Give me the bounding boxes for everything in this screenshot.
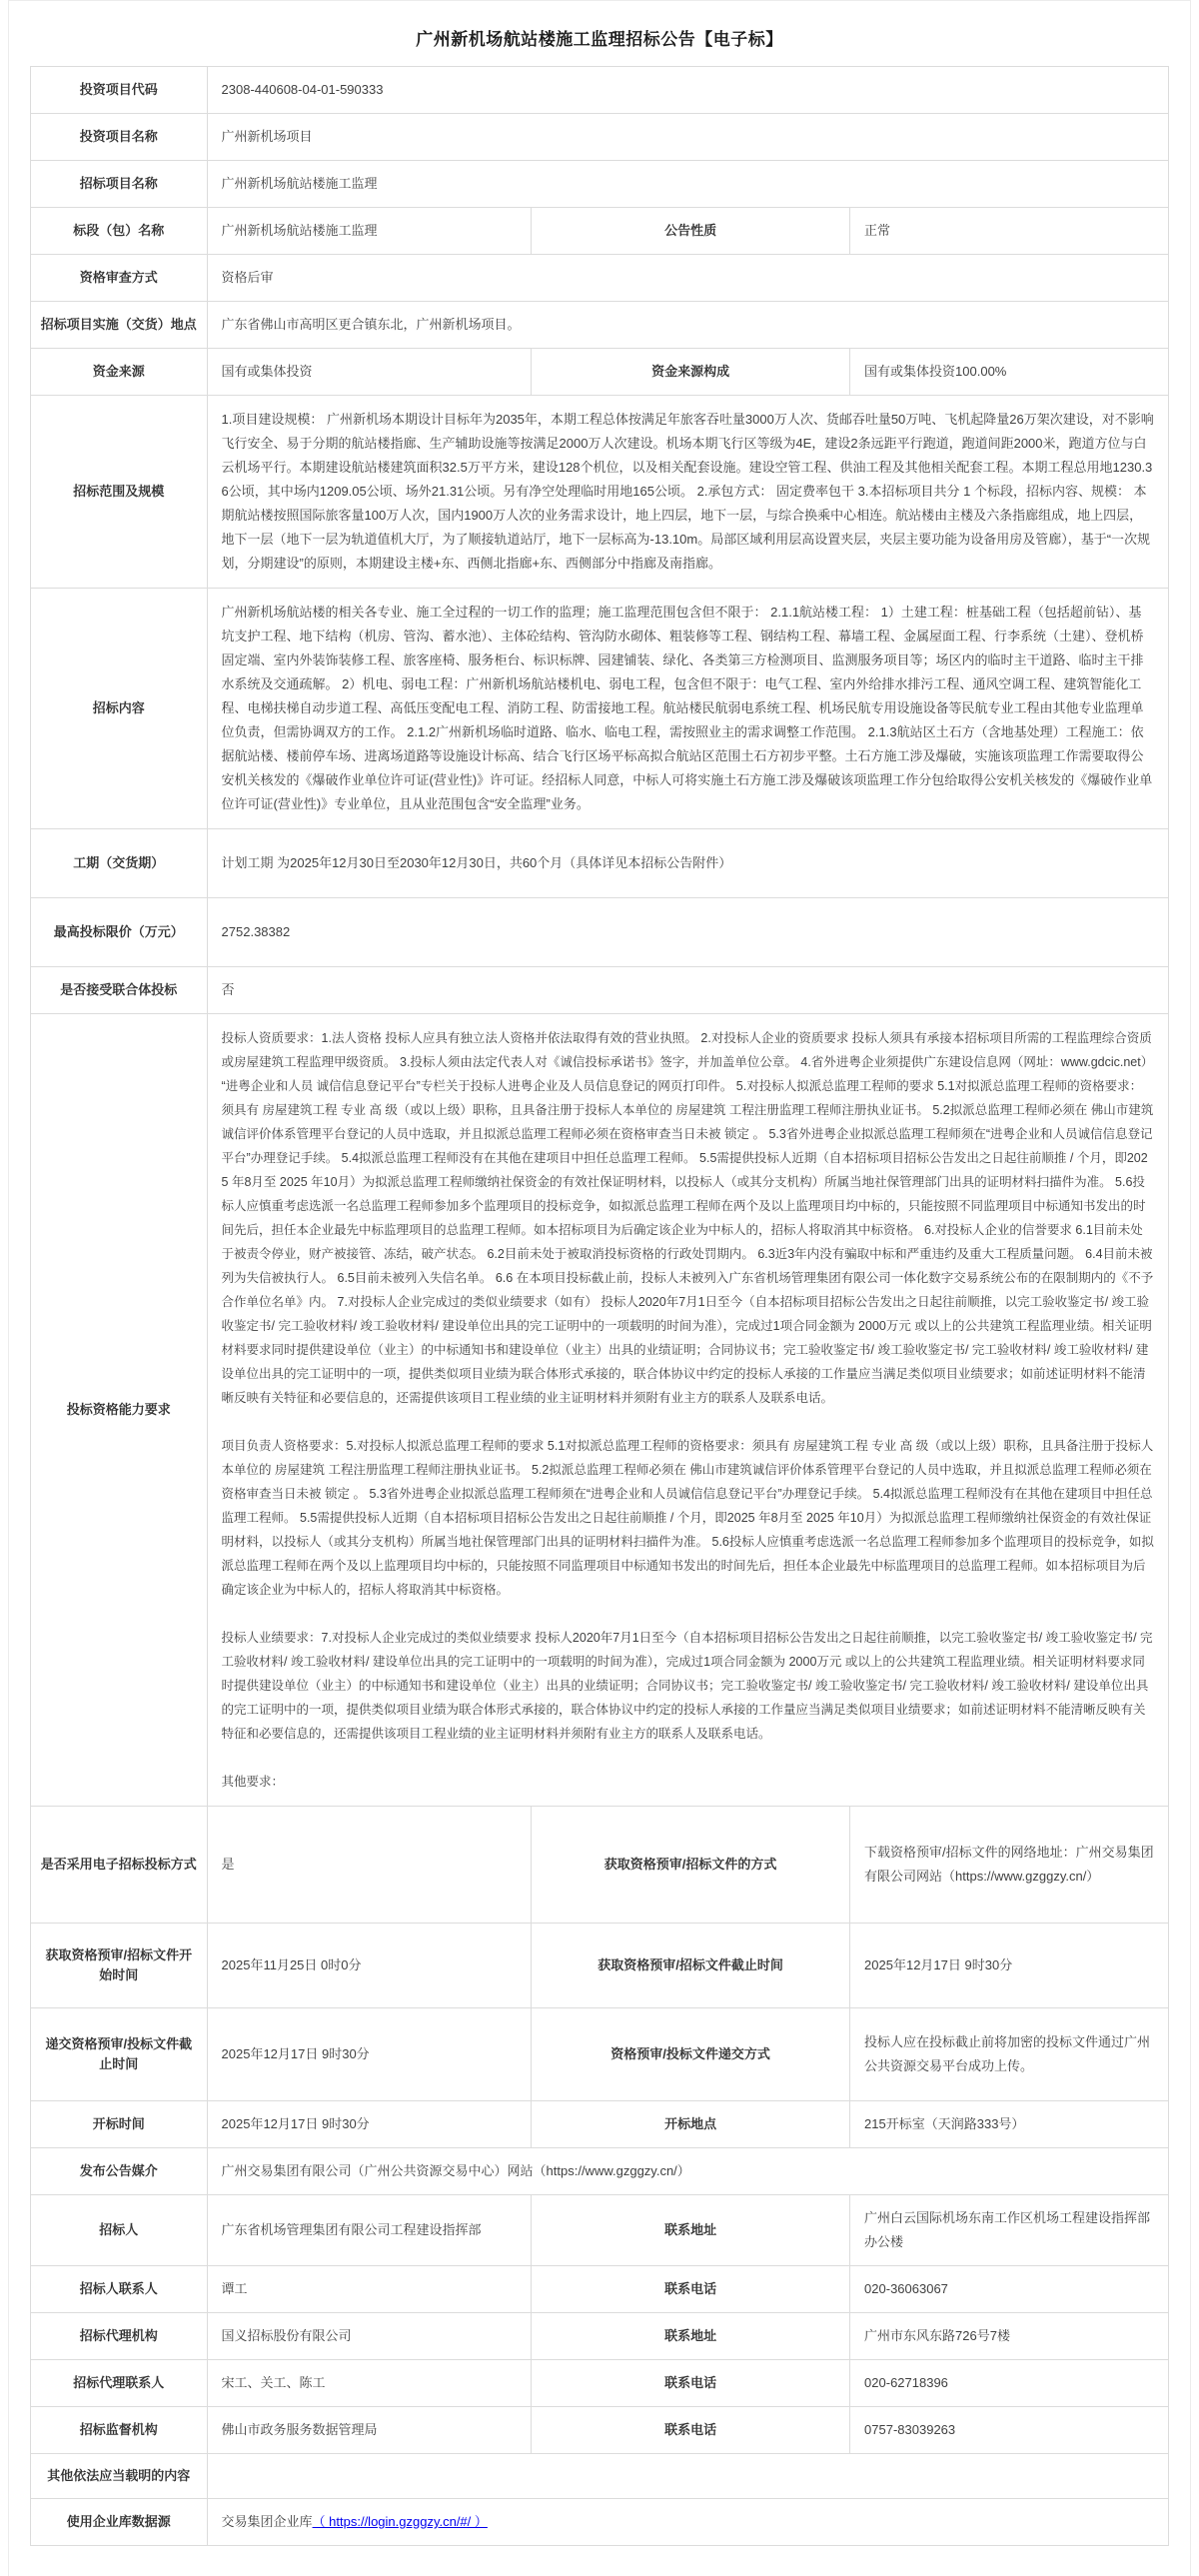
row-section-package-name: 标段（包）名称广州新机场航站楼施工监理公告性质正常 [31,208,1169,255]
qualification-review-method-label: 资格审查方式 [31,255,208,302]
enterprise-db-source-value: 交易集团企业库（ https://login.gzggzy.cn/#/ ） [207,2499,1168,2546]
enterprise-db-source-label: 使用企业库数据源 [31,2499,208,2546]
row-supervision-authority: 招标监督机构佛山市政务服务数据管理局联系电话0757-83039263 [31,2407,1169,2454]
document-submit-deadline-value: 2025年12月17日 9时30分 [207,2008,532,2101]
agency-contact-label: 招标代理联系人 [31,2360,208,2407]
document-obtain-time-value: 2025年11月25日 0时0分 [207,1924,532,2008]
qualification-paragraph: 项目负责人资格要求：5.对投标人拟派总监理工程师的要求 5.1对拟派总监理工程师… [222,1434,1154,1602]
row-qualification-review-method: 资格审查方式资格后审 [31,255,1169,302]
row-enterprise-db-source: 使用企业库数据源交易集团企业库（ https://login.gzggzy.cn… [31,2499,1169,2546]
bid-opening-label: 开标时间 [31,2101,208,2148]
document-obtain-time-value-2: 2025年12月17日 9时30分 [850,1924,1169,2008]
tender-project-name-value: 广州新机场航站楼施工监理 [207,161,1168,208]
row-tenderer: 招标人广东省机场管理集团有限公司工程建设指挥部联系地址广州白云国际机场东南工作区… [31,2195,1169,2266]
row-announcement-media: 发布公告媒介广州交易集团有限公司（广州公共资源交易中心）网站（https://w… [31,2148,1169,2195]
supervision-authority-value: 佛山市政务服务数据管理局 [207,2407,532,2454]
project-code-value: 2308-440608-04-01-590333 [207,67,1168,114]
row-document-submit-deadline: 递交资格预审/投标文件截止时间2025年12月17日 9时30分资格预审/投标文… [31,2008,1169,2101]
tender-agency-label: 招标代理机构 [31,2313,208,2360]
electronic-bidding-label-2: 获取资格预审/招标文件的方式 [532,1807,850,1924]
tender-content-label: 招标内容 [31,589,208,829]
section-package-name-label: 标段（包）名称 [31,208,208,255]
announcement-media-value: 广州交易集团有限公司（广州公共资源交易中心）网站（https://www.gzg… [207,2148,1168,2195]
row-consortium-bid-accepted: 是否接受联合体投标否 [31,967,1169,1014]
tenderer-contact-value: 谭工 [207,2266,532,2313]
supervision-authority-label-2: 联系电话 [532,2407,850,2454]
row-electronic-bidding: 是否采用电子招标投标方式是获取资格预审/招标文件的方式下载资格预审/招标文件的网… [31,1807,1169,1924]
row-tender-project-name: 招标项目名称广州新机场航站楼施工监理 [31,161,1169,208]
bid-opening-value-2: 215开标室（天润路333号） [850,2101,1169,2148]
enterprise-db-text: 交易集团企业库 [222,2514,313,2529]
row-document-obtain-time: 获取资格预审/招标文件开始时间2025年11月25日 0时0分获取资格预审/招标… [31,1924,1169,2008]
agency-contact-value: 宋工、关工、陈工 [207,2360,532,2407]
tenderer-contact-value-2: 020-36063067 [850,2266,1169,2313]
electronic-bidding-label: 是否采用电子招标投标方式 [31,1807,208,1924]
fund-source-value-2: 国有或集体投资100.00% [850,349,1169,396]
announcement-table: 投资项目代码2308-440608-04-01-590333投资项目名称广州新机… [30,66,1169,2546]
row-tenderer-contact: 招标人联系人谭工联系电话020-36063067 [31,2266,1169,2313]
document-submit-deadline-label: 递交资格预审/投标文件截止时间 [31,2008,208,2101]
tender-scope-scale-label: 招标范围及规模 [31,396,208,589]
supervision-authority-value-2: 0757-83039263 [850,2407,1169,2454]
max-bid-price-label: 最高投标限价（万元） [31,898,208,967]
document-submit-deadline-value-2: 投标人应在投标截止前将加密的投标文件通过广州公共资源交易平台成功上传。 [850,2008,1169,2101]
row-bid-opening: 开标时间2025年12月17日 9时30分开标地点215开标室（天润路333号） [31,2101,1169,2148]
construction-period-value: 计划工期 为2025年12月30日至2030年12月30日，共60个月（具体详见… [207,829,1168,898]
tender-agency-value: 国义招标股份有限公司 [207,2313,532,2360]
project-name-label: 投资项目名称 [31,114,208,161]
bidder-qualification-requirements-value: 投标人资质要求：1.法人资格 投标人应具有独立法人资格并依法取得有效的营业执照。… [207,1014,1168,1807]
qualification-paragraph: 投标人业绩要求：7.对投标人企业完成过的类似业绩要求 投标人2020年7月1日至… [222,1626,1154,1746]
row-project-name: 投资项目名称广州新机场项目 [31,114,1169,161]
consortium-bid-accepted-value: 否 [207,967,1168,1014]
consortium-bid-accepted-label: 是否接受联合体投标 [31,967,208,1014]
delivery-location-value: 广东省佛山市高明区更合镇东北，广州新机场项目。 [207,302,1168,349]
tenderer-contact-label-2: 联系电话 [532,2266,850,2313]
agency-contact-value-2: 020-62718396 [850,2360,1169,2407]
document-obtain-time-label: 获取资格预审/招标文件开始时间 [31,1924,208,2008]
qualification-paragraph: 其他要求： [222,1770,1154,1794]
bid-opening-value: 2025年12月17日 9时30分 [207,2101,532,2148]
tender-agency-label-2: 联系地址 [532,2313,850,2360]
tenderer-contact-label: 招标人联系人 [31,2266,208,2313]
fund-source-value: 国有或集体投资 [207,349,532,396]
row-bidder-qualification-requirements: 投标资格能力要求投标人资质要求：1.法人资格 投标人应具有独立法人资格并依法取得… [31,1014,1169,1807]
fund-source-label: 资金来源 [31,349,208,396]
project-code-label: 投资项目代码 [31,67,208,114]
announcement-table-body: 投资项目代码2308-440608-04-01-590333投资项目名称广州新机… [31,67,1169,2546]
bid-opening-label-2: 开标地点 [532,2101,850,2148]
tender-agency-value-2: 广州市东风东路726号7楼 [850,2313,1169,2360]
section-package-name-label-2: 公告性质 [532,208,850,255]
announcement-page: 广州新机场航站楼施工监理招标公告【电子标】 投资项目代码2308-440608-… [8,0,1191,2576]
tenderer-label-2: 联系地址 [532,2195,850,2266]
construction-period-label: 工期（交货期） [31,829,208,898]
announcement-media-label: 发布公告媒介 [31,2148,208,2195]
row-agency-contact: 招标代理联系人宋工、关工、陈工联系电话020-62718396 [31,2360,1169,2407]
other-legal-content-value [207,2454,1168,2499]
row-fund-source: 资金来源国有或集体投资资金来源构成国有或集体投资100.00% [31,349,1169,396]
qualification-paragraph: 投标人资质要求：1.法人资格 投标人应具有独立法人资格并依法取得有效的营业执照。… [222,1026,1154,1410]
tenderer-label: 招标人 [31,2195,208,2266]
electronic-bidding-value-2: 下载资格预审/招标文件的网络地址：广州交易集团有限公司网站（https://ww… [850,1807,1169,1924]
row-delivery-location: 招标项目实施（交货）地点广东省佛山市高明区更合镇东北，广州新机场项目。 [31,302,1169,349]
row-tender-scope-scale: 招标范围及规模1.项目建设规模： 广州新机场本期设计目标年为2035年，本期工程… [31,396,1169,589]
section-package-name-value: 广州新机场航站楼施工监理 [207,208,532,255]
row-construction-period: 工期（交货期）计划工期 为2025年12月30日至2030年12月30日，共60… [31,829,1169,898]
row-project-code: 投资项目代码2308-440608-04-01-590333 [31,67,1169,114]
row-tender-agency: 招标代理机构国义招标股份有限公司联系地址广州市东风东路726号7楼 [31,2313,1169,2360]
max-bid-price-value: 2752.38382 [207,898,1168,967]
document-obtain-time-label-2: 获取资格预审/招标文件截止时间 [532,1924,850,2008]
document-submit-deadline-label-2: 资格预审/投标文件递交方式 [532,2008,850,2101]
qualification-review-method-value: 资格后审 [207,255,1168,302]
supervision-authority-label: 招标监督机构 [31,2407,208,2454]
agency-contact-label-2: 联系电话 [532,2360,850,2407]
tenderer-value: 广东省机场管理集团有限公司工程建设指挥部 [207,2195,532,2266]
tender-project-name-label: 招标项目名称 [31,161,208,208]
enterprise-db-link[interactable]: （ https://login.gzggzy.cn/#/ ） [313,2514,488,2529]
page-title: 广州新机场航站楼施工监理招标公告【电子标】 [9,1,1190,66]
section-package-name-value-2: 正常 [850,208,1169,255]
delivery-location-label: 招标项目实施（交货）地点 [31,302,208,349]
fund-source-label-2: 资金来源构成 [532,349,850,396]
row-tender-content: 招标内容广州新机场航站楼的相关各专业、施工全过程的一切工作的监理；施工监理范围包… [31,589,1169,829]
tender-scope-scale-value: 1.项目建设规模： 广州新机场本期设计目标年为2035年，本期工程总体按满足年旅… [207,396,1168,589]
tender-content-value: 广州新机场航站楼的相关各专业、施工全过程的一切工作的监理；施工监理范围包含但不限… [207,589,1168,829]
other-legal-content-label: 其他依法应当载明的内容 [31,2454,208,2499]
electronic-bidding-value: 是 [207,1807,532,1924]
row-other-legal-content: 其他依法应当载明的内容 [31,2454,1169,2499]
bidder-qualification-requirements-label: 投标资格能力要求 [31,1014,208,1807]
row-max-bid-price: 最高投标限价（万元）2752.38382 [31,898,1169,967]
tenderer-value-2: 广州白云国际机场东南工作区机场工程建设指挥部办公楼 [850,2195,1169,2266]
project-name-value: 广州新机场项目 [207,114,1168,161]
